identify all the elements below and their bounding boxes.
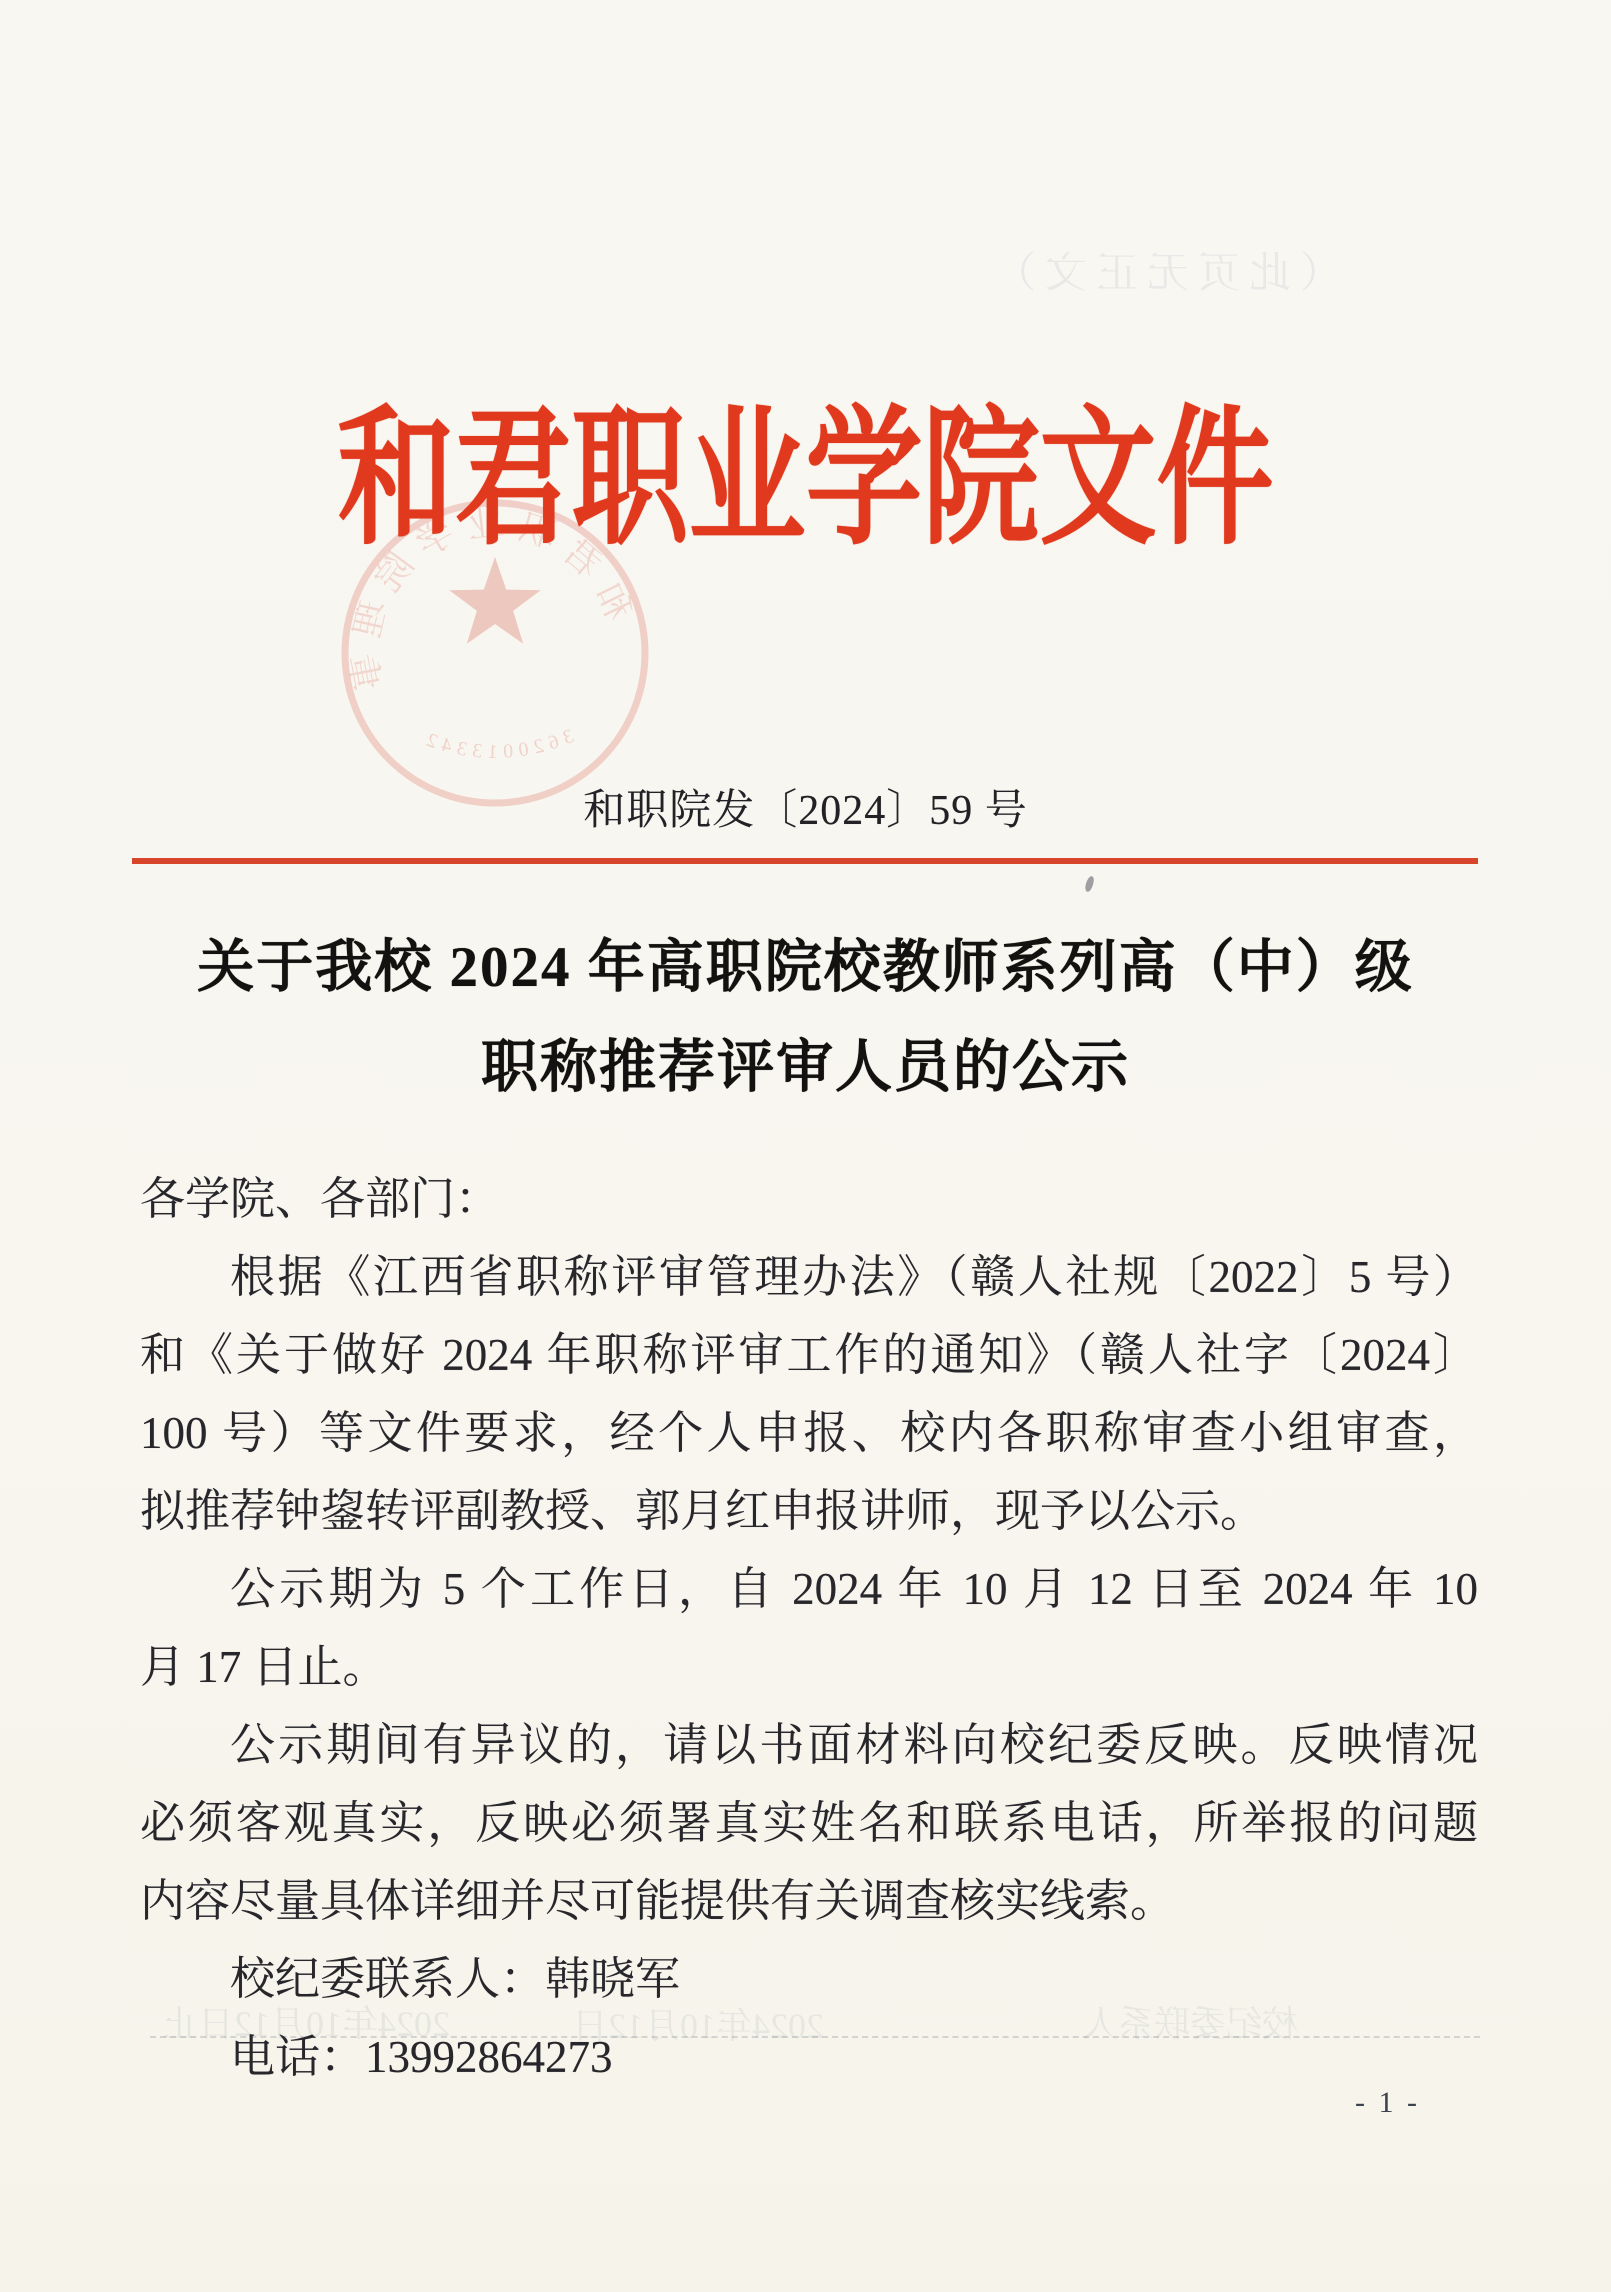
- body-line-contact-phone: 电话：13992864273: [140, 2018, 1478, 2096]
- bleedthrough-text-top: （此页无正文）: [985, 240, 1342, 300]
- star-icon: [449, 557, 540, 644]
- body-line: 拟推荐钟鋆转评副教授、郭月红申报讲师，现予以公示。: [140, 1472, 1478, 1550]
- body-line: 和《关于做好 2024 年职称评审工作的通知》（赣人社字〔2024〕: [140, 1316, 1478, 1394]
- body-line: 公示期间有异议的，请以书面材料向校纪委反映。反映情况: [140, 1706, 1478, 1784]
- body-line: 根据《江西省职称评审管理办法》（赣人社规〔2022〕5 号）: [140, 1238, 1478, 1316]
- svg-text:3620013342: 3620013342: [418, 725, 577, 763]
- seal-serial-number: 3620013342: [418, 725, 577, 763]
- red-divider-rule: [132, 858, 1478, 864]
- masthead-title: 和君职业学院文件: [177, 400, 1434, 560]
- body-line: 公示期为 5 个工作日，自 2024 年 10 月 12 日至 2024 年 1…: [140, 1550, 1478, 1628]
- document-page: （此页无正文） 2024年10月12日止 2024年10月12日 校纪委联系人 …: [0, 0, 1611, 2292]
- document-heading: 关于我校 2024 年高职院校教师系列高（中）级 职称推荐评审人员的公示: [0, 918, 1611, 1118]
- body-line-salutation: 各学院、各部门：: [140, 1160, 1478, 1238]
- scan-speck: [1084, 875, 1095, 892]
- body-line-contact-person: 校纪委联系人：韩晓军: [140, 1940, 1478, 2018]
- page-number: - 1 -: [1355, 2086, 1495, 2120]
- document-number: 和职院发〔2024〕59 号: [0, 786, 1611, 836]
- body-line: 月 17 日止。: [140, 1628, 1478, 1706]
- heading-line-2: 职称推荐评审人员的公示: [0, 1018, 1611, 1118]
- document-body: 各学院、各部门： 根据《江西省职称评审管理办法》（赣人社规〔2022〕5 号） …: [140, 1160, 1478, 2096]
- body-line: 必须客观真实，反映必须署真实姓名和联系电话，所举报的问题: [140, 1784, 1478, 1862]
- heading-line-1: 关于我校 2024 年高职院校教师系列高（中）级: [0, 918, 1611, 1018]
- body-line: 内容尽量具体详细并尽可能提供有关调查核实线索。: [140, 1862, 1478, 1940]
- body-line: 100 号）等文件要求，经个人申报、校内各职称审查小组审查，: [140, 1394, 1478, 1472]
